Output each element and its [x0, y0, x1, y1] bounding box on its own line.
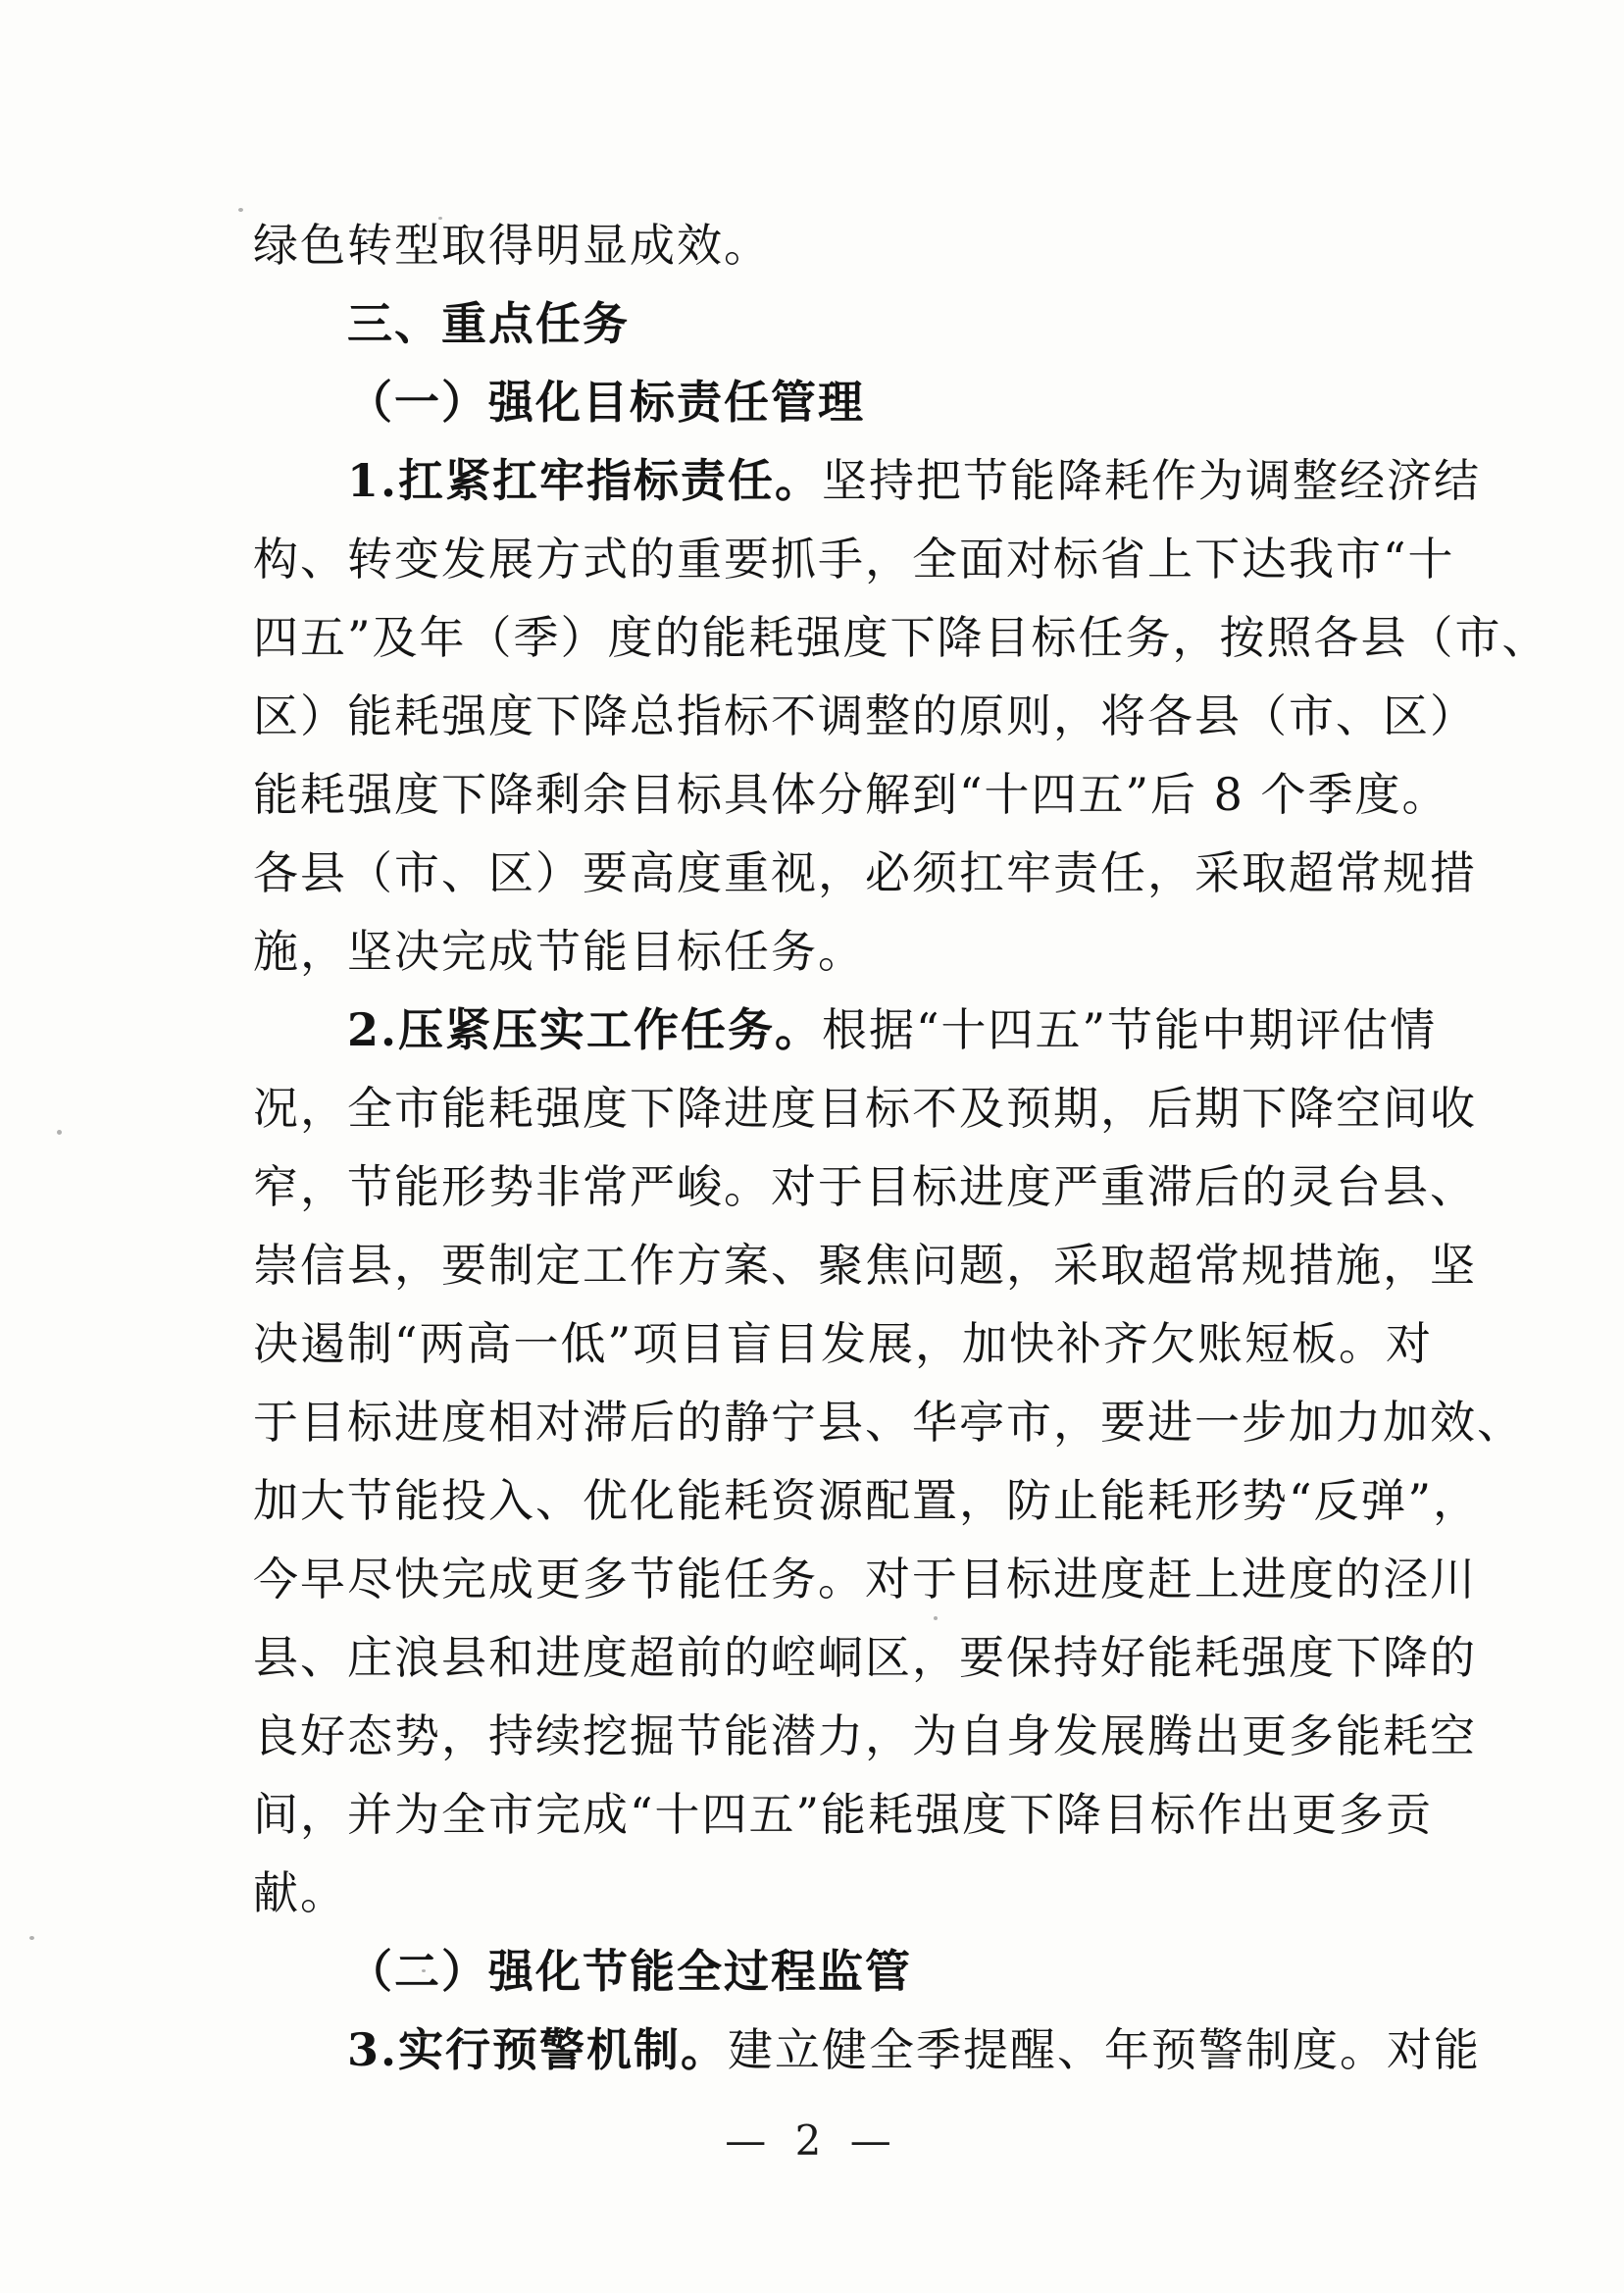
- body-text: 良好态势，持续挖掘节能潜力，为自身发展腾出更多能耗空: [253, 1709, 1477, 1762]
- text-line: 绿色转型取得明显成效。: [253, 206, 1400, 284]
- scan-speck: [934, 1616, 938, 1620]
- scan-speck: [57, 1130, 62, 1135]
- scan-speck: [422, 1969, 426, 1972]
- emphasis-text: 2.压紧压实工作任务。: [347, 1003, 822, 1056]
- body-text: 绿色转型取得明显成效。: [253, 219, 771, 272]
- text-line: 3.实行预警机制。建立健全季提醒、年预警制度。对能: [253, 2011, 1400, 2089]
- text-line: 献。: [253, 1854, 1400, 1932]
- body-text: 能耗强度下降剩余目标具体分解到“十四五”后 8 个季度。: [253, 768, 1449, 821]
- text-line: 三、重点任务: [253, 284, 1400, 363]
- text-line: 1.扛紧扛牢指标责任。坚持把节能降耗作为调整经济结: [253, 441, 1400, 520]
- emphasis-text: 三、重点任务: [347, 297, 630, 350]
- text-line: 况，全市能耗强度下降进度目标不及预期，后期下降空间收: [253, 1069, 1400, 1147]
- body-text: 区）能耗强度下降总指标不调整的原则，将各县（市、区）: [253, 689, 1477, 742]
- scan-speck: [438, 217, 442, 220]
- text-line: 今早尽快完成更多节能任务。对于目标进度赶上进度的泾川: [253, 1540, 1400, 1618]
- body-text: 县、庄浪县和进度超前的崆峒区，要保持好能耗强度下降的: [253, 1631, 1477, 1684]
- body-text: 构、转变发展方式的重要抓手，全面对标省上下达我市“十: [253, 533, 1455, 586]
- text-line: 能耗强度下降剩余目标具体分解到“十四五”后 8 个季度。: [253, 755, 1400, 834]
- body-text: 窄，节能形势非常严峻。对于目标进度严重滞后的灵台县、: [253, 1160, 1477, 1213]
- text-line: （一）强化目标责任管理: [253, 363, 1400, 441]
- scan-speck: [29, 1936, 34, 1940]
- text-line: 2.压紧压实工作任务。根据“十四五”节能中期评估情: [253, 991, 1400, 1069]
- text-line: 窄，节能形势非常严峻。对于目标进度严重滞后的灵台县、: [253, 1147, 1400, 1226]
- body-text: 各县（市、区）要高度重视，必须扛牢责任，采取超常规措: [253, 846, 1477, 899]
- emphasis-text: （二）强化节能全过程监管: [347, 1945, 912, 1998]
- body-text: 四五”及年（季）度的能耗强度下降目标任务，按照各县（市、: [253, 611, 1549, 664]
- text-line: 县、庄浪县和进度超前的崆峒区，要保持好能耗强度下降的: [253, 1618, 1400, 1697]
- body-text: 况，全市能耗强度下降进度目标不及预期，后期下降空间收: [253, 1082, 1477, 1135]
- text-line: 良好态势，持续挖掘节能潜力，为自身发展腾出更多能耗空: [253, 1697, 1400, 1775]
- body-text: 坚持把节能降耗作为调整经济结: [822, 454, 1481, 507]
- text-line: 于目标进度相对滞后的静宁县、华亭市，要进一步加力加效、: [253, 1383, 1400, 1461]
- document-body: 绿色转型取得明显成效。三、重点任务（一）强化目标责任管理1.扛紧扛牢指标责任。坚…: [253, 206, 1400, 2089]
- text-line: 加大节能投入、优化能耗资源配置，防止能耗形势“反弹”，: [253, 1461, 1400, 1540]
- text-line: 各县（市、区）要高度重视，必须扛牢责任，采取超常规措: [253, 834, 1400, 912]
- text-line: 构、转变发展方式的重要抓手，全面对标省上下达我市“十: [253, 520, 1400, 598]
- page-number: — 2 —: [0, 2116, 1624, 2165]
- body-text: 间，并为全市完成“十四五”能耗强度下降目标作出更多贡: [253, 1788, 1433, 1841]
- text-line: 施，坚决完成节能目标任务。: [253, 912, 1400, 991]
- body-text: 根据“十四五”节能中期评估情: [822, 1003, 1437, 1056]
- text-line: 区）能耗强度下降总指标不调整的原则，将各县（市、区）: [253, 677, 1400, 755]
- document-page: 绿色转型取得明显成效。三、重点任务（一）强化目标责任管理1.扛紧扛牢指标责任。坚…: [0, 0, 1624, 2293]
- text-line: 间，并为全市完成“十四五”能耗强度下降目标作出更多贡: [253, 1775, 1400, 1854]
- body-text: 施，坚决完成节能目标任务。: [253, 925, 865, 978]
- scan-speck: [1296, 628, 1300, 632]
- body-text: 今早尽快完成更多节能任务。对于目标进度赶上进度的泾川: [253, 1553, 1477, 1605]
- text-line: 崇信县，要制定工作方案、聚焦问题，采取超常规措施，坚: [253, 1226, 1400, 1304]
- body-text: 崇信县，要制定工作方案、聚焦问题，采取超常规措施，坚: [253, 1239, 1477, 1292]
- emphasis-text: （一）强化目标责任管理: [347, 376, 865, 429]
- emphasis-text: 1.扛紧扛牢指标责任。: [347, 454, 822, 507]
- text-line: 决遏制“两高一低”项目盲目发展，加快补齐欠账短板。对: [253, 1304, 1400, 1383]
- text-line: 四五”及年（季）度的能耗强度下降目标任务，按照各县（市、: [253, 598, 1400, 677]
- body-text: 决遏制“两高一低”项目盲目发展，加快补齐欠账短板。对: [253, 1317, 1433, 1370]
- body-text: 加大节能投入、优化能耗资源配置，防止能耗形势“反弹”，: [253, 1474, 1480, 1527]
- scan-speck: [238, 208, 243, 212]
- body-text: 建立健全季提醒、年预警制度。对能: [728, 2023, 1481, 2076]
- emphasis-text: 3.实行预警机制。: [347, 2023, 728, 2076]
- body-text: 于目标进度相对滞后的静宁县、华亭市，要进一步加力加效、: [253, 1396, 1524, 1449]
- body-text: 献。: [253, 1866, 347, 1919]
